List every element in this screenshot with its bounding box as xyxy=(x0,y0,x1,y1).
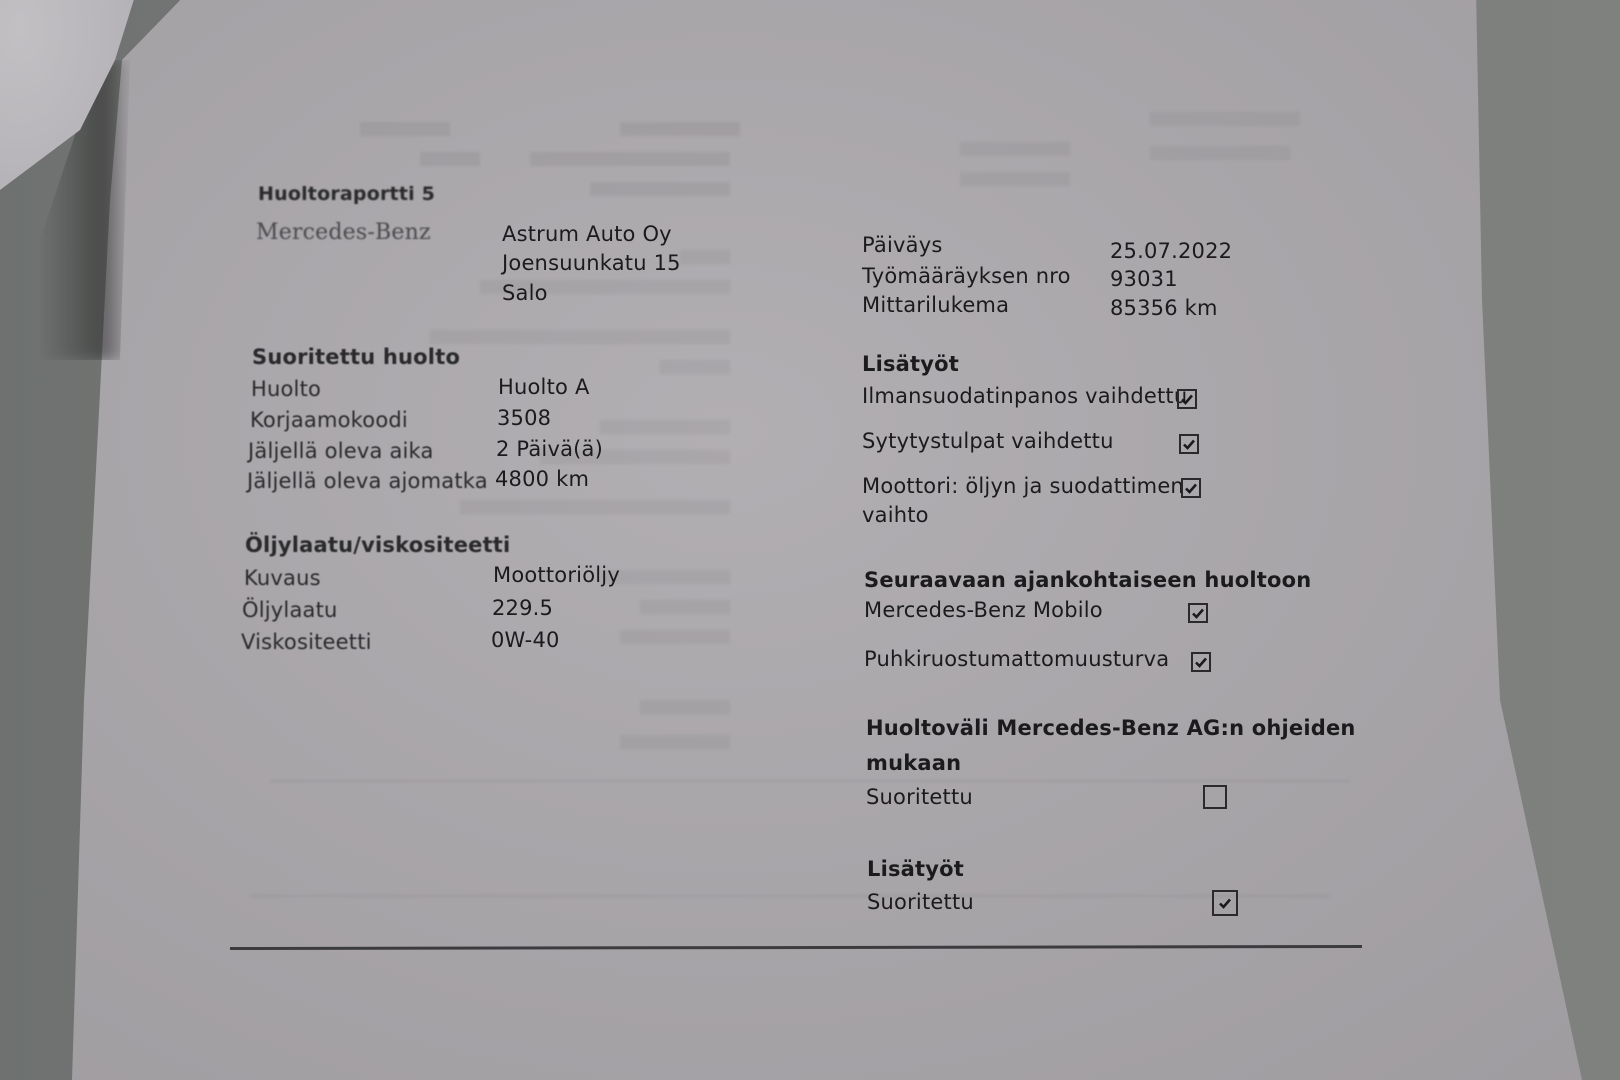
checkbox-checked-icon xyxy=(1177,389,1197,409)
dealer-name: Astrum Auto Oy xyxy=(502,222,672,246)
dealer-city: Salo xyxy=(502,281,548,305)
item-label-oil-change: Moottori: öljyn ja suodattimen xyxy=(862,474,1184,498)
item-label-oil-change-line2: vaihto xyxy=(862,503,929,527)
checkbox-checked-icon xyxy=(1191,652,1211,672)
field-value-work-order: 93031 xyxy=(1110,267,1178,291)
field-label-work-order: Työmääräyksen nro xyxy=(862,264,1071,288)
row-value-service: Huolto A xyxy=(498,375,590,399)
brand-name: Mercedes-Benz xyxy=(256,220,431,245)
row-value-workshop-code: 3508 xyxy=(497,406,551,430)
field-value-date: 25.07.2022 xyxy=(1110,239,1232,263)
row-value-oil-grade: 229.5 xyxy=(492,596,553,620)
row-label-viscosity: Viskositeetti xyxy=(241,630,372,654)
row-value-remaining-distance: 4800 km xyxy=(495,467,589,491)
section-heading-service-interval: Huoltoväli Mercedes-Benz AG:n ohjeiden xyxy=(866,716,1356,740)
checkbox-checked-icon xyxy=(1181,478,1201,498)
checkbox-checked-icon xyxy=(1212,890,1238,916)
field-label-date: Päiväys xyxy=(862,233,943,257)
item-label-rust-protection: Puhkiruostumattomuusturva xyxy=(864,647,1169,671)
checkbox-checked-icon xyxy=(1179,434,1199,454)
item-label-mobilo: Mercedes-Benz Mobilo xyxy=(864,598,1103,622)
row-value-viscosity: 0W-40 xyxy=(491,628,560,652)
row-value-description: Moottoriöljy xyxy=(493,563,620,587)
row-label-description: Kuvaus xyxy=(244,566,321,590)
field-value-odometer: 85356 km xyxy=(1110,296,1218,320)
section-heading-additional-work: Lisätyöt xyxy=(862,352,959,376)
section-heading-performed-service: Suoritettu huolto xyxy=(252,345,460,369)
report-title: Huoltoraportti 5 xyxy=(258,183,435,205)
checkbox-checked-icon xyxy=(1188,603,1208,623)
service-report: Huoltoraportti 5 Mercedes-Benz Astrum Au… xyxy=(0,0,1620,1080)
item-label-air-filter: Ilmansuodatinpanos vaihdettu xyxy=(862,384,1187,408)
item-label-interval-completed: Suoritettu xyxy=(866,785,973,809)
section-heading-service-interval-line2: mukaan xyxy=(866,751,961,775)
item-label-spark-plugs: Sytytystulpat vaihdettu xyxy=(862,429,1114,453)
row-label-remaining-distance: Jäljellä oleva ajomatka xyxy=(247,469,488,493)
row-label-service: Huolto xyxy=(251,377,321,401)
row-value-remaining-time: 2 Päivä(ä) xyxy=(496,437,603,461)
section-heading-extra-work: Lisätyöt xyxy=(867,857,964,881)
row-label-workshop-code: Korjaamokoodi xyxy=(250,408,408,432)
section-heading-oil: Öljylaatu/viskositeetti xyxy=(245,533,510,557)
field-label-odometer: Mittarilukema xyxy=(862,293,1009,317)
section-heading-next-service: Seuraavaan ajankohtaiseen huoltoon xyxy=(864,568,1311,592)
dealer-street: Joensuunkatu 15 xyxy=(502,251,681,275)
item-label-extra-completed: Suoritettu xyxy=(867,890,974,914)
row-label-remaining-time: Jäljellä oleva aika xyxy=(248,439,434,463)
row-label-oil-grade: Öljylaatu xyxy=(242,598,338,622)
checkbox-empty-icon xyxy=(1203,785,1227,809)
bottom-divider xyxy=(230,945,1362,950)
